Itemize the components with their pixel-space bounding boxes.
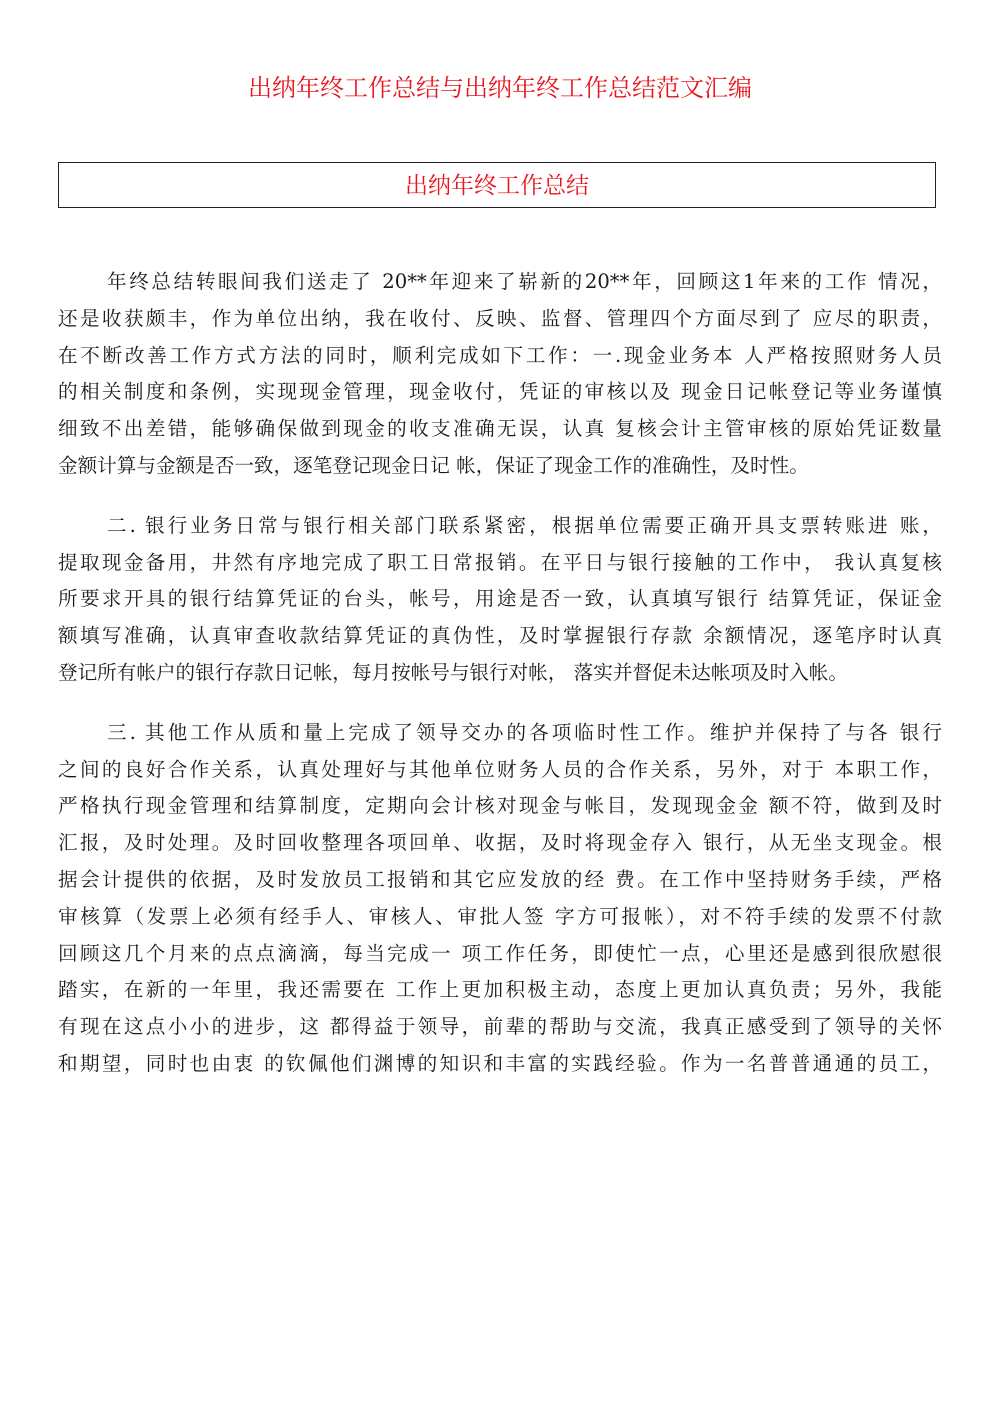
text-line: 踏实，在新的一年里，我还需要在 工作上更加积极主动，态度上更加认真负责；另外，我… (58, 972, 942, 1009)
text-line: 三. 其他工作从质和量上完成了领导交办的各项临时性工作。维护并保持了与各 银行 (58, 715, 942, 752)
text-line: 汇报，及时处理。及时回收整理各项回单、收据，及时将现金存入 银行，从无坐支现金。… (58, 825, 942, 862)
paragraph-2: 二. 银行业务日常与银行相关部门联系紧密，根据单位需要正确开具支票转账进 账， … (58, 508, 942, 692)
text-line: 回顾这几个月来的点点滴滴，每当完成一 项工作任务，即使忙一点，心里还是感到很欣慰… (58, 936, 942, 973)
text-line: 有现在这点小小的进步，这 都得益于领导，前辈的帮助与交流，我真正感受到了领导的关… (58, 1009, 942, 1046)
text-line: 和期望，同时也由衷 的钦佩他们渊博的知识和丰富的实践经验。作为一名普普通通的员工… (58, 1046, 942, 1083)
text-line: 年终总结转眼间我们送走了 20**年迎来了崭新的20**年，回顾这1年来的工作 … (58, 264, 942, 301)
text-line: 细致不出差错，能够确保做到现金的收支准确无误，认真 复核会计主管审核的原始凭证数… (58, 411, 942, 448)
text-line: 还是收获颇丰，作为单位出纳，我在收付、反映、监督、管理四个方面尽到了 应尽的职责… (58, 301, 942, 338)
text-line: 登记所有帐户的银行存款日记帐，每月按帐号与银行对帐， 落实并督促未达帐项及时入帐… (58, 655, 942, 692)
text-line: 金额计算与金额是否一致，逐笔登记现金日记 帐，保证了现金工作的准确性，及时性。 (58, 448, 942, 485)
document-title: 出纳年终工作总结与出纳年终工作总结范文汇编 (0, 70, 1000, 106)
text-line: 的相关制度和条例，实现现金管理，现金收付，凭证的审核以及 现金日记帐登记等业务谨… (58, 374, 942, 411)
text-line: 审核算（发票上必须有经手人、审核人、审批人签 字方可报帐），对不符手续的发票不付… (58, 899, 942, 936)
section-heading: 出纳年终工作总结 (405, 171, 589, 201)
text-line: 额填写准确，认真审查收款结算凭证的真伪性，及时掌握银行存款 余额情况，逐笔序时认… (58, 618, 942, 655)
text-line: 二. 银行业务日常与银行相关部门联系紧密，根据单位需要正确开具支票转账进 账， (58, 508, 942, 545)
paragraph-3: 三. 其他工作从质和量上完成了领导交办的各项临时性工作。维护并保持了与各 银行 … (58, 715, 942, 1083)
text-line: 在不断改善工作方式方法的同时，顺利完成如下工作：一.现金业务本 人严格按照财务人… (58, 338, 942, 375)
text-line: 严格执行现金管理和结算制度，定期向会计核对现金与帐目，发现现金金 额不符，做到及… (58, 788, 942, 825)
document-body: 年终总结转眼间我们送走了 20**年迎来了崭新的20**年，回顾这1年来的工作 … (58, 264, 942, 1106)
section-heading-box: 出纳年终工作总结 (58, 162, 936, 208)
text-line: 据会计提供的依据，及时发放员工报销和其它应发放的经 费。在工作中坚持财务手续，严… (58, 862, 942, 899)
text-line: 所要求开具的银行结算凭证的台头，帐号，用途是否一致，认真填写银行 结算凭证，保证… (58, 581, 942, 618)
text-line: 提取现金备用，井然有序地完成了职工日常报销。在平日与银行接触的工作中， 我认真复… (58, 545, 942, 582)
text-line: 之间的良好合作关系，认真处理好与其他单位财务人员的合作关系，另外，对于 本职工作… (58, 752, 942, 789)
paragraph-1: 年终总结转眼间我们送走了 20**年迎来了崭新的20**年，回顾这1年来的工作 … (58, 264, 942, 485)
